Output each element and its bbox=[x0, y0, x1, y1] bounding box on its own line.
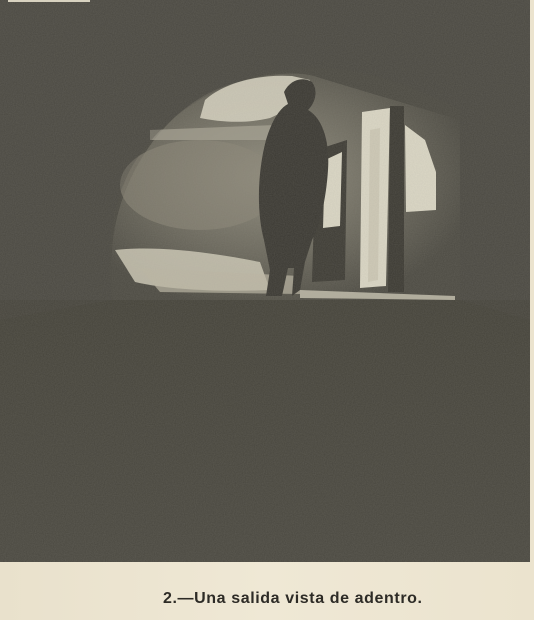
photograph bbox=[0, 0, 530, 562]
paper-edge-strip bbox=[8, 0, 90, 2]
photo-caption: 2.—Una salida vista de adentro. bbox=[163, 590, 423, 608]
photo-illustration bbox=[0, 0, 530, 562]
scanned-page: 2.—Una salida vista de adentro. bbox=[0, 0, 534, 620]
